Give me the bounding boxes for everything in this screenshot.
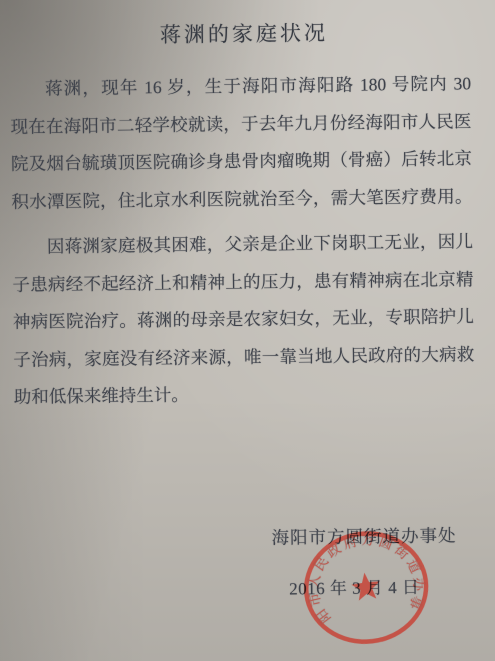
document-page: 蒋渊的家庭状况 蒋渊，现年 16 岁，生于海阳市海阳路 180 号院内 30 号… <box>0 0 495 661</box>
text-line: 现在在海阳市二轻学校就读，于去年九月份经海阳市人民医 <box>10 103 471 146</box>
text-line: 子患病经不起经济上和精神上的压力，患有精神病在北京精 <box>12 261 473 304</box>
official-seal-graphic: 海阳市人民政府方圆街道办事处 <box>294 520 439 655</box>
seal-star-icon <box>350 571 382 601</box>
document-photo: 蒋渊的家庭状况 蒋渊，现年 16 岁，生于海阳市海阳路 180 号院内 30 号… <box>0 0 495 661</box>
text-line: 蒋渊，现年 16 岁，生于海阳市海阳路 180 号院内 30 号， <box>10 65 471 108</box>
paragraph-1: 蒋渊，现年 16 岁，生于海阳市海阳路 180 号院内 30 号， 现在在海阳市… <box>10 65 473 221</box>
text-line: 神病医院治疗。蒋渊的母亲是农家妇女，无业，专职陪护儿 <box>13 298 474 341</box>
page-title: 蒋渊的家庭状况 <box>0 15 492 51</box>
paragraph-2: 因蒋渊家庭极其困难，父亲是企业下岗职工无业，因儿 子患病经不起经济上和精神上的压… <box>12 223 475 416</box>
text-line: 因蒋渊家庭极其困难，父亲是企业下岗职工无业，因儿 <box>12 223 473 266</box>
text-line: 积水潭医院，住北京水利医院就治至今，需大笔医疗费用。 <box>11 178 472 221</box>
text-line: 助和低保来维持生计。 <box>14 373 475 416</box>
seal-circular-text: 海阳市人民政府方圆街道办事处 <box>294 520 432 629</box>
text-line: 子治病，家庭没有经济来源，唯一靠当地人民政府的大病救 <box>13 336 474 379</box>
official-seal: 海阳市人民政府方圆街道办事处 <box>294 520 439 655</box>
text-line: 院及烟台毓璜顶医院确诊身患骨肉瘤晚期（骨癌）后转北京 <box>11 140 472 183</box>
